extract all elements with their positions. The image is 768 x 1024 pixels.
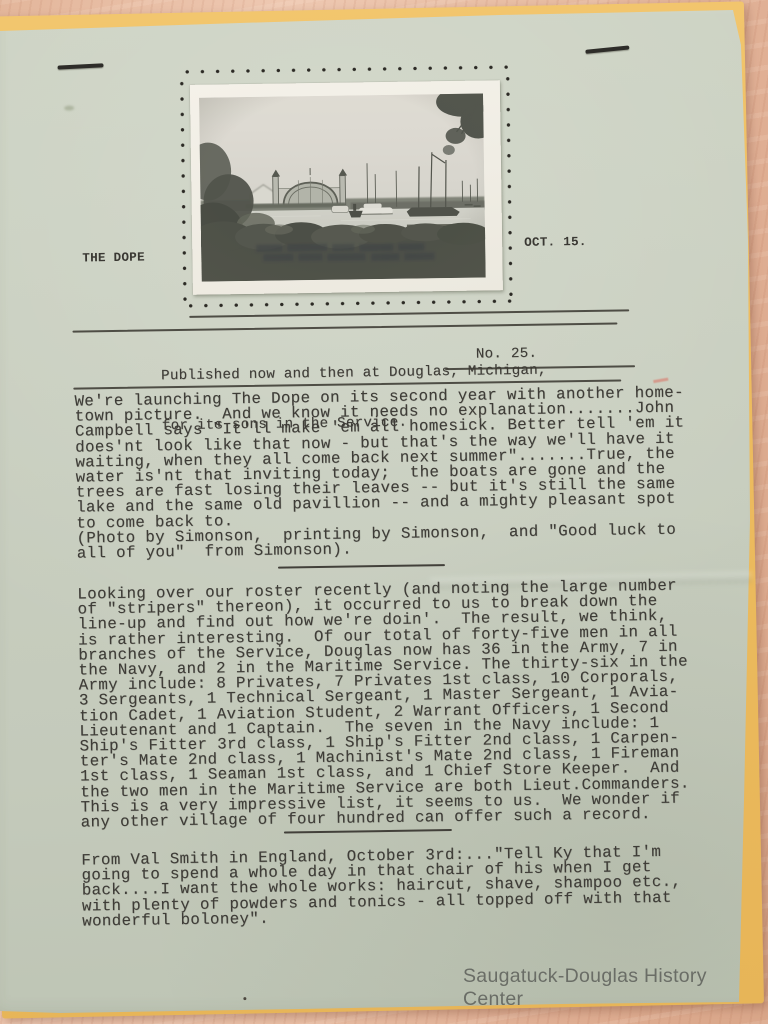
article-val-smith-letter: From Val Smith in England, October 3rd:.…: [81, 845, 682, 930]
typed-page-content: THE DOPE OCT. 15. Published now and then…: [0, 0, 768, 1024]
lakefront-photo: [190, 80, 503, 295]
scanned-newsletter-photo: THE DOPE OCT. 15. Published now and then…: [0, 0, 768, 1024]
issue-number: No. 25.: [476, 346, 538, 364]
staple-right: [585, 45, 629, 53]
typed-rule: [189, 309, 629, 317]
staple-left: [57, 63, 103, 69]
section-divider: [278, 564, 445, 568]
section-divider: [284, 829, 452, 833]
pencil-smudge: [64, 106, 74, 111]
history-center-watermark: Saugatuck-Douglas History Center: [463, 965, 768, 1011]
dotted-border-bottom: [181, 297, 513, 308]
pink-pencil-mark: [653, 378, 668, 383]
dotted-border-right: [504, 67, 513, 299]
article-hometown-picture: We're launching The Dope on its second y…: [74, 386, 686, 562]
dotted-border-left: [178, 72, 187, 304]
dotted-border-top: [178, 63, 510, 74]
issue-date: OCT. 15.: [524, 235, 587, 250]
ink-speck: [243, 997, 246, 1000]
masthead-title: THE DOPE: [82, 251, 145, 266]
lakefront-photo-art: [199, 93, 486, 281]
article-service-roster: Looking over our roster recently (and no…: [77, 579, 690, 831]
